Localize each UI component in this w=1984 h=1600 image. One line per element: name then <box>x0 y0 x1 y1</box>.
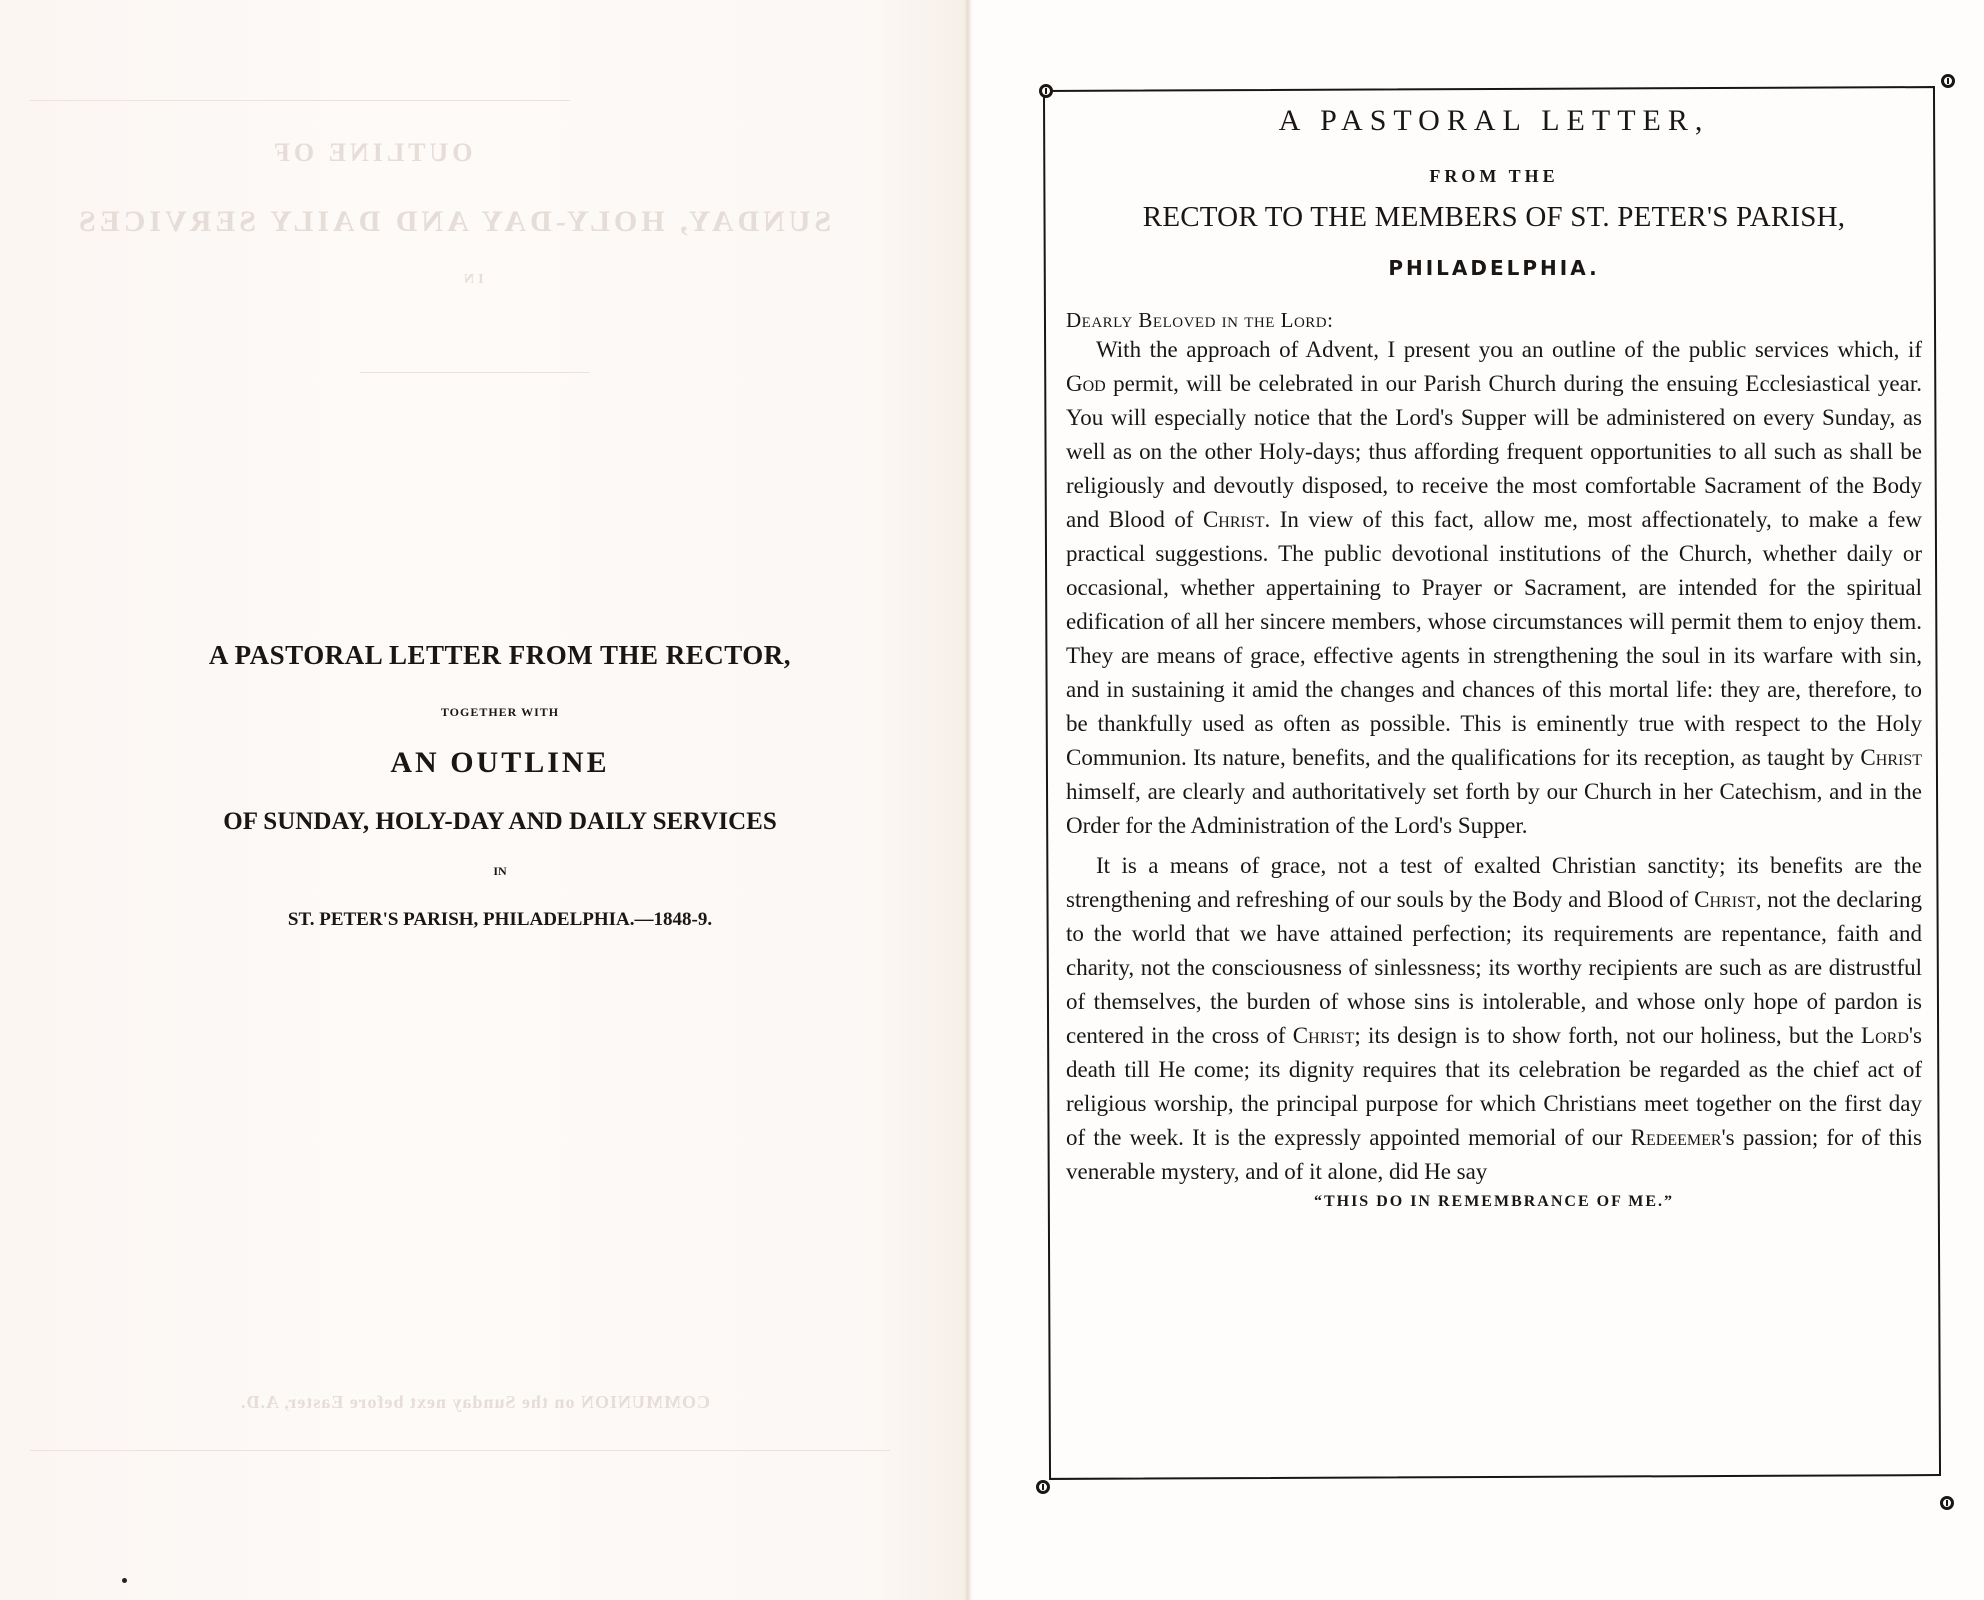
together-with: TOGETHER WITH <box>140 705 860 720</box>
bleed-through-line: SUNDAY, HOLY-DAY AND DAILY SERVICES <box>75 205 831 239</box>
ink-speck <box>122 1578 127 1583</box>
gutter <box>964 0 972 1600</box>
closing-quote: “THIS DO IN REMEMBRANCE OF ME.” <box>1066 1193 1922 1211</box>
salutation: Dearly Beloved in the Lord: <box>1066 308 1922 333</box>
bleed-through-rule <box>30 100 570 101</box>
bleed-through-line: IN <box>460 272 484 288</box>
letter-title: A PASTORAL LETTER, <box>1066 104 1922 138</box>
bleed-through-footer: COMMUNION on the Sunday next before East… <box>240 1392 710 1413</box>
bleed-through-line: OUTLINE OF <box>270 138 473 168</box>
parish-line: ST. PETER'S PARISH, PHILADELPHIA.—1848-9… <box>140 909 860 931</box>
from-the: FROM THE <box>1066 166 1922 187</box>
corner-ornament-icon <box>1036 1480 1050 1494</box>
services-heading: OF SUNDAY, HOLY-DAY AND DAILY SERVICES <box>140 808 860 836</box>
bleed-through-rule <box>30 1450 890 1451</box>
letter-content: A PASTORAL LETTER, FROM THE RECTOR TO TH… <box>1066 104 1922 1211</box>
title-page-block: A PASTORAL LETTER FROM THE RECTOR, TOGET… <box>140 640 860 931</box>
bleed-through-rule <box>360 372 590 373</box>
letter-paragraph: With the approach of Advent, I present y… <box>1066 333 1922 843</box>
letter-paragraph: It is a means of grace, not a test of ex… <box>1066 849 1922 1189</box>
book-spread: OUTLINE OF SUNDAY, HOLY-DAY AND DAILY SE… <box>0 0 1984 1600</box>
left-page: OUTLINE OF SUNDAY, HOLY-DAY AND DAILY SE… <box>0 0 968 1600</box>
outline-heading: AN OUTLINE <box>140 746 860 780</box>
corner-ornament-icon <box>1940 1496 1954 1510</box>
title-line: A PASTORAL LETTER FROM THE RECTOR, <box>140 640 860 671</box>
corner-ornament-icon <box>1039 84 1053 98</box>
in-label: IN <box>140 864 860 879</box>
city-line: PHILADELPHIA. <box>1066 256 1922 280</box>
rector-line: RECTOR TO THE MEMBERS OF ST. PETER'S PAR… <box>1066 201 1922 234</box>
corner-ornament-icon <box>1941 74 1955 88</box>
